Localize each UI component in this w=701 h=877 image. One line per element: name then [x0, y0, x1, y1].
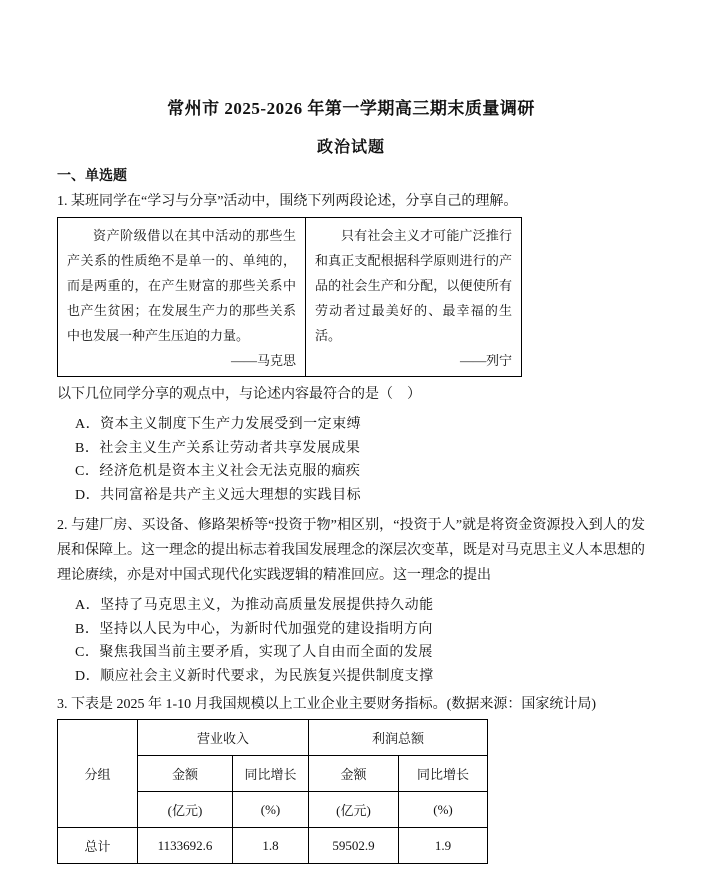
question-1-option-a: A．资本主义制度下生产力发展受到一定束缚	[75, 413, 645, 437]
table-header-row-groups: 分组 营业收入 利润总额	[58, 720, 488, 756]
table-cell-group-total: 总计	[58, 828, 138, 864]
page-subtitle: 政治试题	[57, 137, 645, 159]
question-1-option-c: C．经济危机是资本主义社会无法克服的痼疾	[75, 460, 645, 484]
table-subheader-revenue-growth: 同比增长	[233, 756, 309, 792]
quote-text-marx: 资产阶级借以在其中活动的那些生产关系的性质绝不是单一的、单纯的，而是两重的，在产…	[67, 223, 296, 348]
table-subheader-profit-growth: 同比增长	[399, 756, 488, 792]
question-2-stem: 2. 与建厂房、买设备、修路架桥等“投资于物”相区别，“投资于人”就是将资金资源…	[57, 513, 645, 588]
table-unit-profit-amount: (亿元)	[309, 792, 399, 828]
table-row-total: 总计 1133692.6 1.8 59502.9 1.9	[58, 828, 488, 864]
table-cell-profit-growth: 1.9	[399, 828, 488, 864]
table-header-revenue: 营业收入	[138, 720, 309, 756]
table-cell-revenue-growth: 1.8	[233, 828, 309, 864]
question-1-stem: 1. 某班同学在“学习与分享”活动中，围绕下列两段论述，分享自己的理解。	[57, 191, 645, 212]
quote-author-marx: ——马克思	[67, 348, 296, 373]
question-3-financial-table: 分组 营业收入 利润总额 金额 同比增长 金额 同比增长 (亿元) (%) (亿…	[57, 719, 488, 864]
table-unit-revenue-amount: (亿元)	[138, 792, 233, 828]
table-subheader-profit-amount: 金额	[309, 756, 399, 792]
question-2-option-a: A．坚持了马克思主义，为推动高质量发展提供持久动能	[75, 594, 645, 618]
table-unit-profit-growth: (%)	[399, 792, 488, 828]
question-1-quote-box: 资产阶级借以在其中活动的那些生产关系的性质绝不是单一的、单纯的，而是两重的，在产…	[57, 217, 522, 377]
question-1-options: A．资本主义制度下生产力发展受到一定束缚 B．社会主义生产关系让劳动者共享发展成…	[57, 413, 645, 507]
quote-text-lenin: 只有社会主义才可能广泛推行和真正支配根据科学原则进行的产品的社会生产和分配，以便…	[315, 223, 512, 348]
table-cell-revenue-amount: 1133692.6	[138, 828, 233, 864]
question-2-option-b: B．坚持以人民为中心，为新时代加强党的建设指明方向	[75, 618, 645, 642]
question-2-options: A．坚持了马克思主义，为推动高质量发展提供持久动能 B．坚持以人民为中心，为新时…	[57, 594, 645, 688]
question-1-option-d: D．共同富裕是共产主义远大理想的实践目标	[75, 484, 645, 508]
quote-author-lenin: ——列宁	[315, 348, 512, 373]
quote-cell-marx: 资产阶级借以在其中活动的那些生产关系的性质绝不是单一的、单纯的，而是两重的，在产…	[58, 218, 306, 377]
table-header-group: 分组	[58, 720, 138, 828]
table-unit-revenue-growth: (%)	[233, 792, 309, 828]
table-cell-profit-amount: 59502.9	[309, 828, 399, 864]
question-2-option-d: D．顺应社会主义新时代要求，为民族复兴提供制度支撑	[75, 665, 645, 689]
section-heading: 一、单选题	[57, 168, 645, 186]
question-2-option-c: C．聚焦我国当前主要矛盾，实现了人自由而全面的发展	[75, 641, 645, 665]
exam-page: 常州市 2025-2026 年第一学期高三期末质量调研 政治试题 一、单选题 1…	[0, 0, 701, 877]
question-1-prompt: 以下几位同学分享的观点中，与论述内容最符合的是（ ）	[57, 383, 645, 406]
page-title: 常州市 2025-2026 年第一学期高三期末质量调研	[57, 98, 645, 120]
question-3-stem: 3. 下表是 2025 年 1-10 月我国规模以上工业企业主要财务指标。(数据…	[57, 694, 645, 716]
quote-cell-lenin: 只有社会主义才可能广泛推行和真正支配根据科学原则进行的产品的社会生产和分配，以便…	[306, 218, 522, 377]
question-1-option-b: B．社会主义生产关系让劳动者共享发展成果	[75, 437, 645, 461]
table-header-profit: 利润总额	[309, 720, 488, 756]
table-subheader-revenue-amount: 金额	[138, 756, 233, 792]
